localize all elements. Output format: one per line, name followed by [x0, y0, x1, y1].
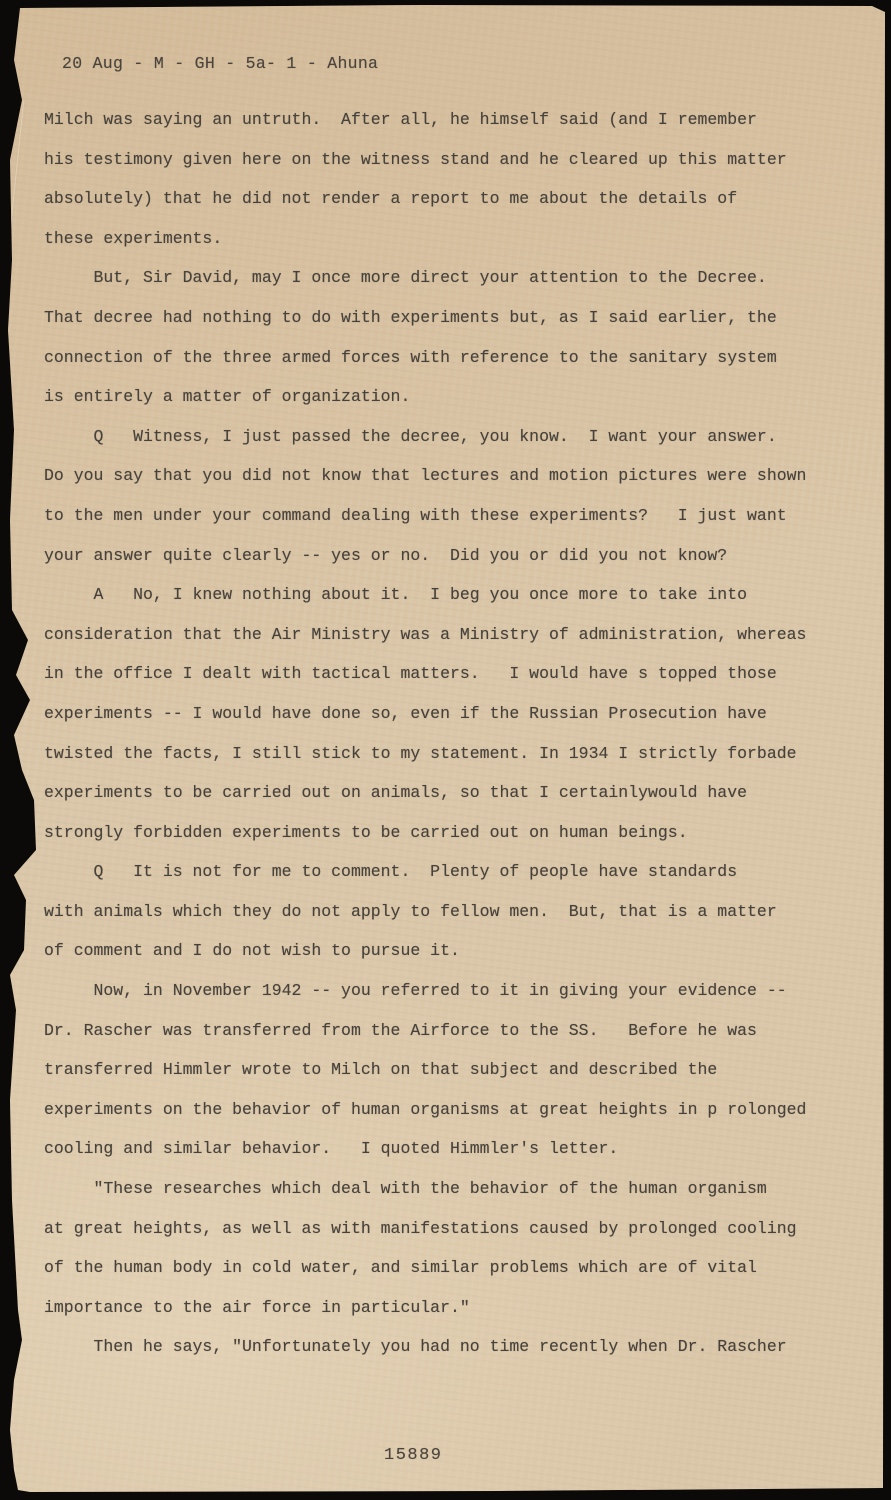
text-line: cooling and similar behavior. I quoted H…: [44, 1129, 854, 1169]
text-line: Then he says, "Unfortunately you had no …: [44, 1327, 854, 1367]
text-line: to the men under your command dealing wi…: [44, 496, 854, 536]
text-line: twisted the facts, I still stick to my s…: [44, 734, 854, 774]
text-line: Milch was saying an untruth. After all, …: [44, 100, 854, 140]
text-line: experiments to be carried out on animals…: [44, 773, 854, 813]
text-line: Q It is not for me to comment. Plenty of…: [44, 852, 854, 892]
text-line: connection of the three armed forces wit…: [44, 338, 854, 378]
text-line: his testimony given here on the witness …: [44, 140, 854, 180]
text-line: importance to the air force in particula…: [44, 1288, 854, 1328]
text-line: strongly forbidden experiments to be car…: [44, 813, 854, 853]
text-line: at great heights, as well as with manife…: [44, 1209, 854, 1249]
text-line: of the human body in cold water, and sim…: [44, 1248, 854, 1288]
text-line: But, Sir David, may I once more direct y…: [44, 258, 854, 298]
text-line: Do you say that you did not know that le…: [44, 456, 854, 496]
text-line: is entirely a matter of organization.: [44, 377, 854, 417]
text-line: in the office I dealt with tactical matt…: [44, 654, 854, 694]
document-header: 20 Aug - M - GH - 5a- 1 - Ahuna: [62, 54, 378, 73]
document-page: 20 Aug - M - GH - 5a- 1 - Ahuna Milch wa…: [0, 0, 891, 1500]
text-line: A No, I knew nothing about it. I beg you…: [44, 575, 854, 615]
text-line: transferred Himmler wrote to Milch on th…: [44, 1050, 854, 1090]
text-line: absolutely) that he did not render a rep…: [44, 179, 854, 219]
text-line: experiments -- I would have done so, eve…: [44, 694, 854, 734]
text-line: Dr. Rascher was transferred from the Air…: [44, 1011, 854, 1051]
text-line: "These researches which deal with the be…: [44, 1169, 854, 1209]
text-line: these experiments.: [44, 219, 854, 259]
paper-tear-mark: [9, 100, 25, 239]
document-body: Milch was saying an untruth. After all, …: [44, 100, 854, 1367]
page-number: 15889: [384, 1446, 443, 1465]
text-line: of comment and I do not wish to pursue i…: [44, 931, 854, 971]
text-line: experiments on the behavior of human org…: [44, 1090, 854, 1130]
text-line: your answer quite clearly -- yes or no. …: [44, 536, 854, 576]
text-line: That decree had nothing to do with exper…: [44, 298, 854, 338]
text-line: Q Witness, I just passed the decree, you…: [44, 417, 854, 457]
text-line: consideration that the Air Ministry was …: [44, 615, 854, 655]
text-line: with animals which they do not apply to …: [44, 892, 854, 932]
text-line: Now, in November 1942 -- you referred to…: [44, 971, 854, 1011]
